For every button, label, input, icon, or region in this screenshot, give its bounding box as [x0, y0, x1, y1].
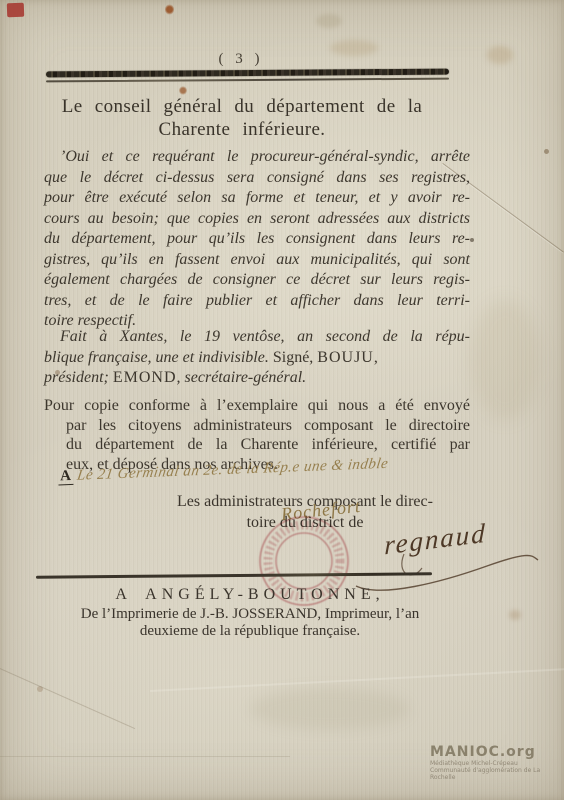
scanned-document-page: ( 3 ) Le conseil général du département …	[0, 0, 564, 800]
imprint-printer: De l’Imprimerie de J.-B. JOSSERAND, Impr…	[40, 606, 460, 623]
text-segment: , secrétaire-général.	[177, 369, 307, 386]
text-line: ’Oui et ce requérant le procureur-généra…	[44, 147, 470, 168]
paper-crease	[0, 668, 135, 729]
watermark-community: Communauté d'agglomération de La Rochell…	[430, 767, 564, 781]
smudge	[316, 14, 342, 28]
text-segment: blique française, une et indivisible.	[44, 349, 273, 366]
fox-spot	[179, 86, 187, 95]
text-line: que le décret ci-dessus sera consigné da…	[44, 168, 470, 189]
text-segment: Signé,	[273, 349, 317, 366]
text-line: cours au besoin; que copies en seront ad…	[44, 209, 470, 230]
text-line: par les citoyens administrateurs composa…	[44, 416, 470, 436]
text-line: gistres, qu’ils en fassent envoi aux mun…	[44, 250, 470, 271]
paragraph-signature-clause: Fait à Xantes, le 19 ventôse, an second …	[44, 327, 470, 389]
text-line: également chargées de consigner ce décre…	[44, 270, 470, 291]
text-segment: président;	[44, 369, 113, 386]
ornamental-double-rule	[46, 69, 449, 83]
printed-letter-a: A	[58, 468, 74, 486]
manioc-logo-text: MANIOC.org	[430, 744, 564, 760]
stain	[250, 688, 410, 730]
stain	[509, 610, 521, 620]
library-watermark: MANIOC.org Médiathèque Michel-Crépeau Co…	[430, 744, 564, 781]
page-number: ( 3 )	[141, 51, 341, 68]
speck	[470, 238, 474, 242]
stain	[487, 46, 513, 64]
rule-thin-line	[46, 78, 449, 83]
speck	[544, 149, 549, 154]
document-heading: Le conseil général du département de la …	[36, 95, 448, 141]
heading-line-2: Charente inférieure.	[36, 118, 448, 141]
imprint-year: deuxieme de la république française.	[40, 623, 460, 640]
text-line: Pour copie conforme à l’exemplaire qui n…	[44, 396, 470, 416]
watermark-library: Médiathèque Michel-Crépeau	[430, 760, 564, 767]
text-line: président; EMOND, secrétaire-général.	[44, 368, 470, 389]
red-corner-mark	[7, 3, 24, 18]
fox-spot	[165, 4, 174, 15]
paper-crease	[0, 756, 290, 757]
rule-thick-bar	[46, 69, 449, 78]
text-line: blique française, une et indivisible. Si…	[44, 348, 470, 369]
name-emond: EMOND	[113, 369, 177, 386]
text-line: du département, pour qu’ils les consigne…	[44, 229, 470, 250]
name-bouju: BOUJU,	[317, 349, 379, 366]
text-line: Fait à Xantes, le 19 ventôse, an second …	[44, 327, 470, 348]
printer-imprint: A ANGÉLY-BOUTONNE, De l’Imprimerie de J.…	[40, 585, 460, 640]
text-line: du département de la Charente inférieure…	[44, 435, 470, 455]
heading-line-1: Le conseil général du département de la	[36, 95, 448, 118]
stain	[470, 300, 540, 420]
text-line: pour être exécuté selon sa forme et tene…	[44, 188, 470, 209]
paragraph-decree: ’Oui et ce requérant le procureur-généra…	[44, 147, 470, 332]
imprint-place: A ANGÉLY-BOUTONNE,	[40, 585, 460, 604]
text-line: tres, et de le faire publier et afficher…	[44, 291, 470, 312]
